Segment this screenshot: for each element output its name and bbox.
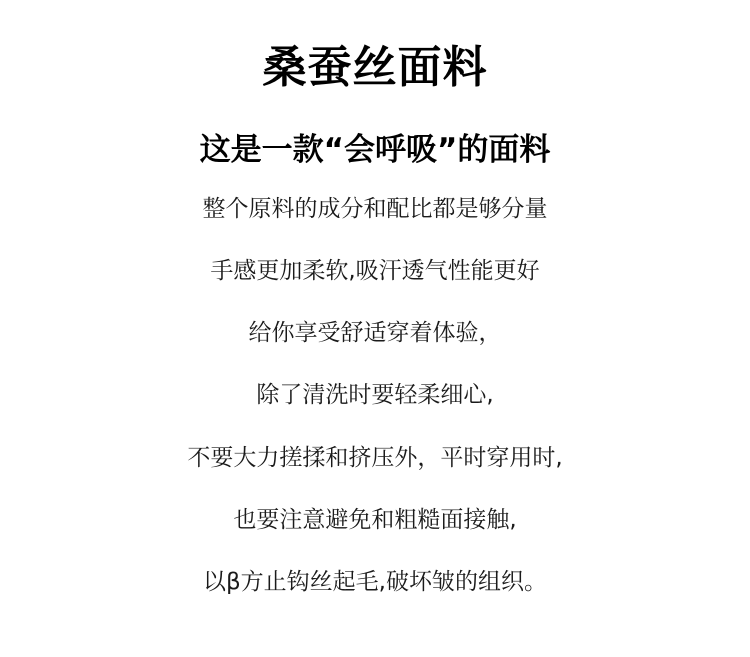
body-line: 以β方止钩丝起毛,破坏皱的组织。 <box>0 567 750 597</box>
body-line: 整个原料的成分和配比都是够分量 <box>0 194 750 224</box>
body-line: 不要大力搓揉和挤压外，平时穿用时, <box>0 443 750 473</box>
page-title: 桑蚕丝面料 <box>0 38 750 98</box>
subtitle: 这是一款“会呼吸”的面料 <box>0 128 750 172</box>
body-line: 除了清洗时要轻柔细心, <box>0 380 750 410</box>
body-line: 也要注意避免和粗糙面接触, <box>0 505 750 535</box>
body-line: 手感更加柔软,吸汗透气性能更好 <box>0 256 750 286</box>
body-line: 给你享受舒适穿着体验， <box>0 318 750 348</box>
